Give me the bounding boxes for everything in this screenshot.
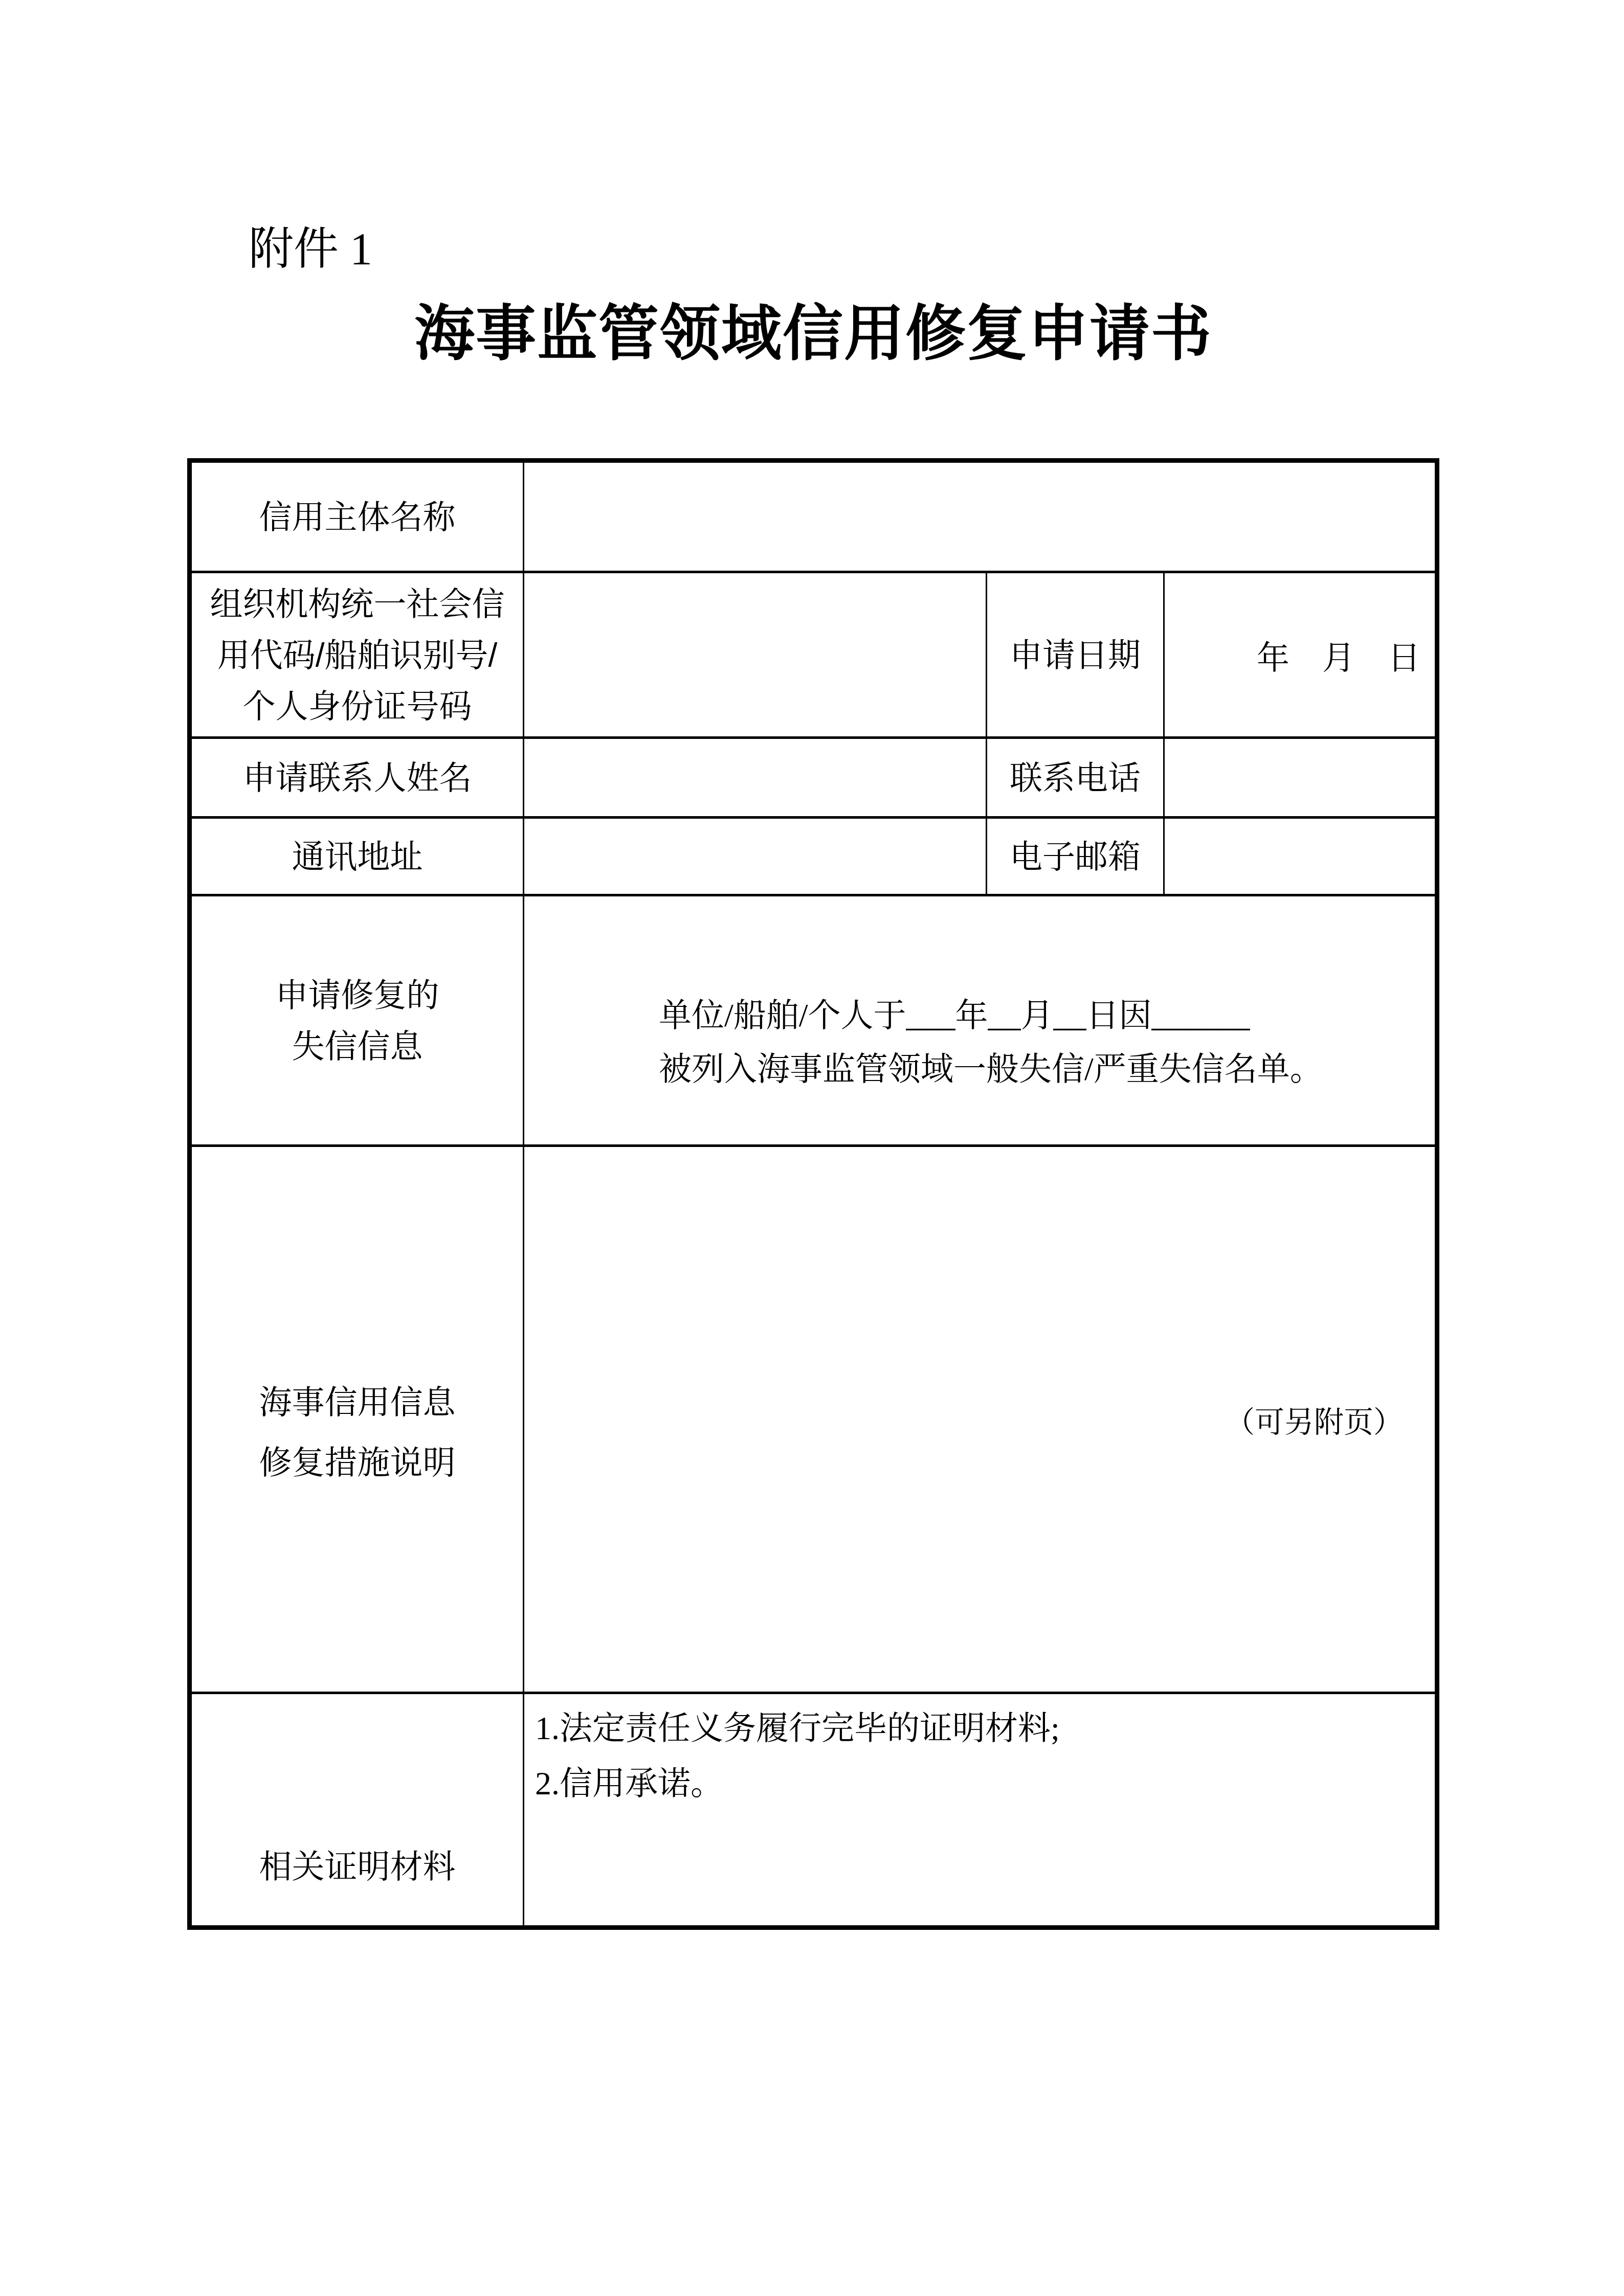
materials-content: 1.法定责任义务履行完毕的证明材料; 2.信用承诺。 — [524, 1694, 1435, 1925]
measures-content-cell: （可另附页） — [524, 1147, 1435, 1694]
contact-phone-value-cell — [1165, 739, 1435, 819]
misconduct-line1: 单位/船舶/个人于___年__月__日因______ — [659, 988, 1414, 1042]
misconduct-line2: 被列入海事监管领域一般失信/严重失信名单。 — [659, 1042, 1414, 1096]
contact-phone-label: 联系电话 — [987, 739, 1165, 819]
subject-name-value-cell — [524, 463, 1435, 573]
application-form-table: 信用主体名称 组织机构统一社会信 用代码/船舶识别号/ 个人身份证号码 申请日期… — [187, 458, 1439, 1930]
materials-label: 相关证明材料 — [192, 1694, 524, 1925]
contact-name-label: 申请联系人姓名 — [192, 739, 524, 819]
email-label: 电子邮箱 — [987, 819, 1165, 896]
misconduct-content: 单位/船舶/个人于___年__月__日因______ 被列入海事监管领域一般失信… — [524, 896, 1435, 1147]
document-title: 海事监管领域信用修复申请书 — [187, 297, 1439, 372]
org-code-value-cell — [524, 573, 987, 739]
materials-line2: 2.信用承诺。 — [535, 1756, 1414, 1811]
measures-attach-note: （可另附页） — [1225, 1398, 1403, 1441]
address-label: 通讯地址 — [192, 819, 524, 896]
org-code-label: 组织机构统一社会信 用代码/船舶识别号/ 个人身份证号码 — [192, 573, 524, 739]
document-page: 附件 1 海事监管领域信用修复申请书 信用主体名称 组织机构统一社会信 用代码/… — [0, 0, 1624, 2296]
contact-name-value-cell — [524, 739, 987, 819]
apply-date-label: 申请日期 — [987, 573, 1165, 739]
email-value-cell — [1165, 819, 1435, 896]
address-value-cell — [524, 819, 987, 896]
subject-name-label: 信用主体名称 — [192, 463, 524, 573]
attachment-label: 附件 1 — [249, 225, 372, 275]
materials-line1: 1.法定责任义务履行完毕的证明材料; — [535, 1701, 1414, 1756]
apply-date-value: 年 月 日 — [1165, 573, 1435, 739]
measures-label: 海事信用信息 修复措施说明 — [192, 1147, 524, 1694]
misconduct-label: 申请修复的 失信信息 — [192, 896, 524, 1147]
